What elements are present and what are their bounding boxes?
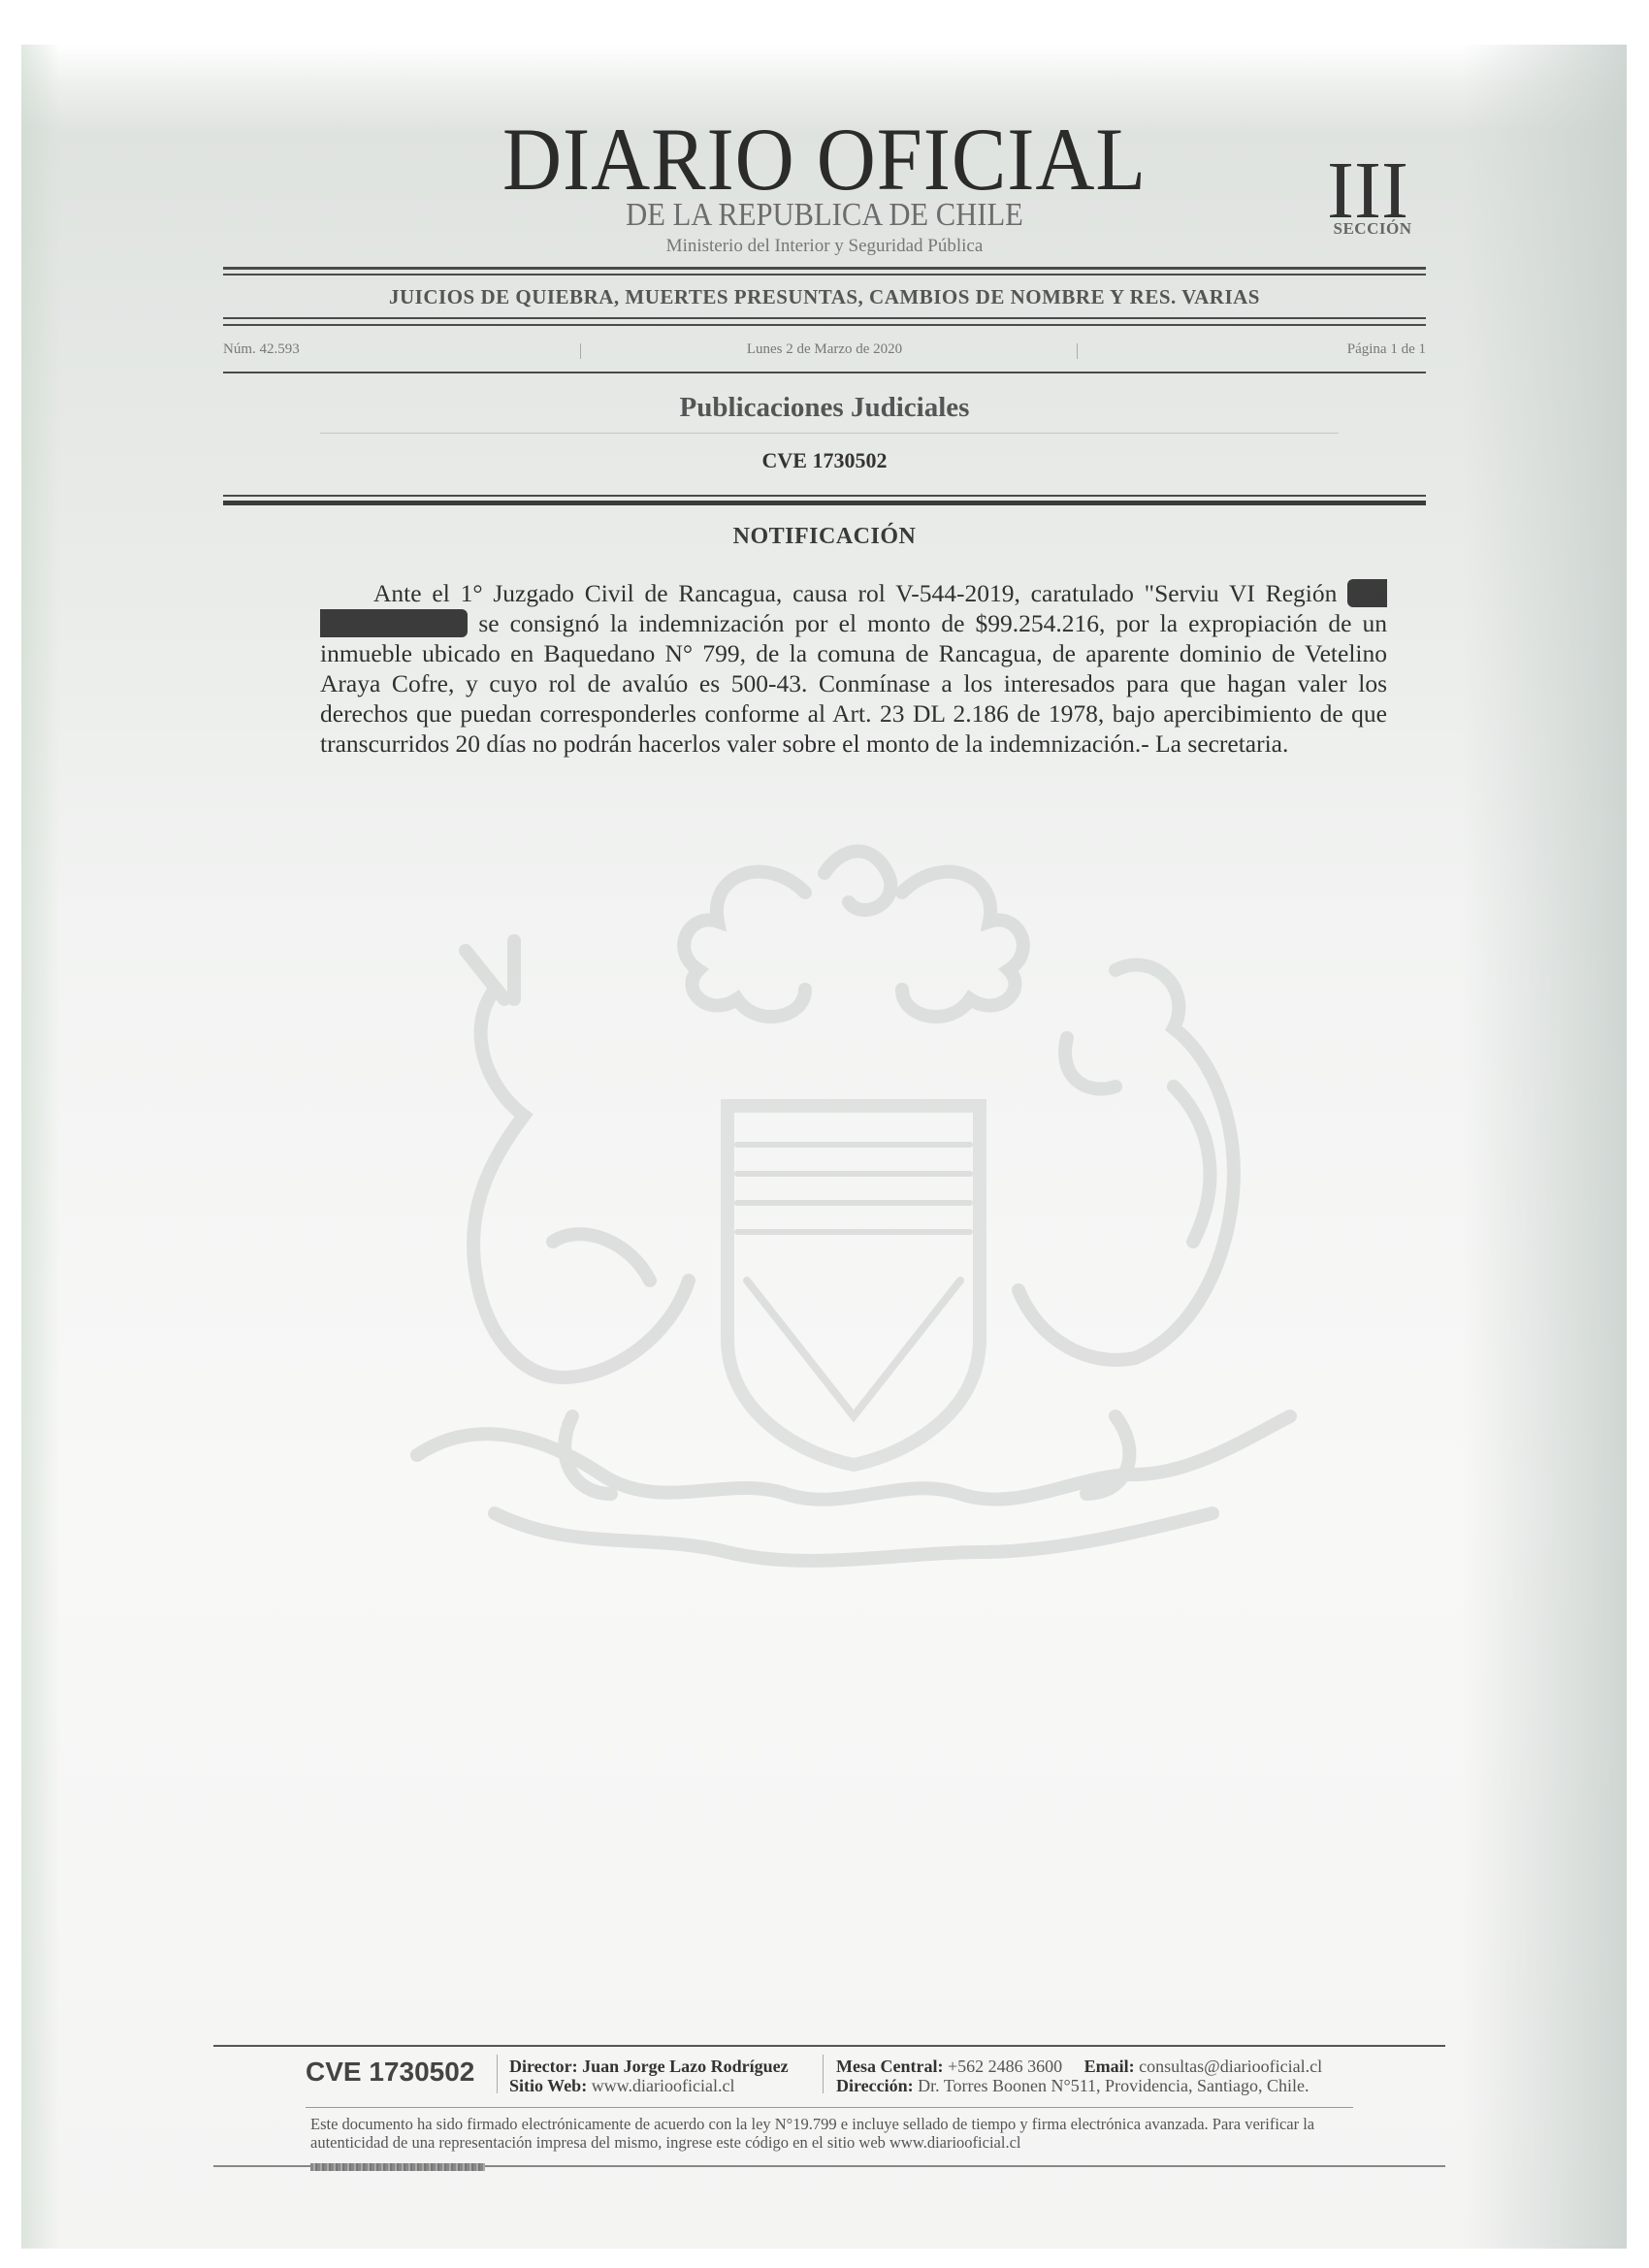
heavy-rule	[223, 501, 1426, 505]
header-double-rule	[223, 274, 1426, 275]
divider	[320, 433, 1339, 434]
ministry-name: Ministerio del Interior y Seguridad Públ…	[0, 237, 1649, 255]
divider	[823, 2055, 824, 2093]
notice-text: Ante el 1° Juzgado Civil de Rancagua, ca…	[373, 579, 1347, 607]
phone-number: +562 2486 3600	[948, 2057, 1062, 2076]
section-label: SECCIÓN	[1309, 219, 1436, 239]
footer-top-rule	[213, 2045, 1445, 2047]
category-double-rule	[223, 324, 1426, 326]
heavy-rule	[223, 495, 1426, 497]
header-double-rule	[223, 267, 1426, 270]
director-label: Director:	[509, 2057, 578, 2076]
notice-title: NOTIFICACIÓN	[0, 524, 1649, 550]
category-double-rule	[223, 317, 1426, 319]
website-label: Sitio Web:	[509, 2076, 587, 2095]
section-category: JUICIOS DE QUIEBRA, MUERTES PRESUNTAS, C…	[223, 285, 1426, 309]
divider	[1077, 343, 1078, 359]
barcode-icon	[310, 2163, 485, 2171]
issue-rule	[223, 372, 1426, 373]
footer-legal-notice: Este documento ha sido firmado electróni…	[310, 2115, 1358, 2152]
issue-date: Lunes 2 de Marzo de 2020	[223, 341, 1426, 358]
notice-text: se consignó la indemnización por el mont…	[320, 609, 1387, 758]
divider	[497, 2055, 498, 2093]
footer-divider	[306, 2107, 1353, 2108]
footer-contact-block: Mesa Central: +562 2486 3600 Email: cons…	[836, 2057, 1322, 2095]
phone-label: Mesa Central:	[836, 2057, 943, 2076]
issue-info-row: Núm. 42.593 Lunes 2 de Marzo de 2020 Pág…	[223, 341, 1426, 363]
email-link[interactable]: consultas@diariooficial.cl	[1139, 2057, 1322, 2076]
address-text: Dr. Torres Boonen N°511, Providencia, Sa…	[918, 2076, 1309, 2095]
publication-type: Publicaciones Judiciales	[0, 392, 1649, 424]
notice-body: Ante el 1° Juzgado Civil de Rancagua, ca…	[320, 578, 1387, 759]
publication-cve: CVE 1730502	[0, 448, 1649, 473]
footer-director-block: Director: Juan Jorge Lazo Rodríguez Siti…	[509, 2057, 789, 2095]
address-label: Dirección:	[836, 2076, 914, 2095]
coat-of-arms-watermark-icon	[320, 834, 1387, 1610]
footer-cve-code: CVE 1730502	[306, 2057, 474, 2088]
director-name: Juan Jorge Lazo Rodríguez	[582, 2057, 788, 2076]
email-label: Email:	[1084, 2057, 1135, 2076]
website-link[interactable]: www.diariooficial.cl	[592, 2076, 735, 2095]
page-indicator: Página 1 de 1	[1347, 341, 1426, 358]
